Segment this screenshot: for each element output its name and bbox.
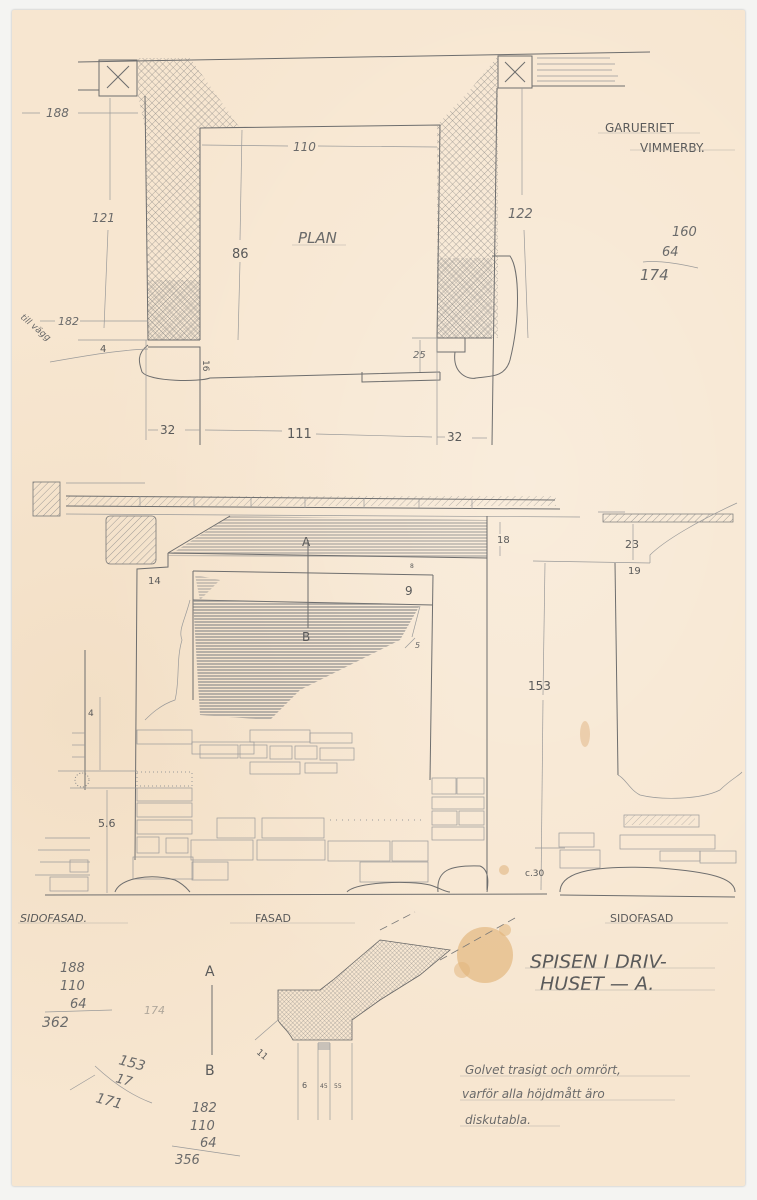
note-line-1: Golvet trasigt och omrört,	[465, 1063, 621, 1077]
drawing-title-line-2: HUSET — A.	[540, 973, 654, 995]
section-dim-11: 11	[254, 1048, 269, 1063]
calc-m-2: 110	[190, 1119, 215, 1134]
calc-a-2: 110	[60, 979, 85, 994]
dim-4-left: 4	[88, 709, 94, 719]
dim-14: 14	[148, 576, 161, 587]
section-label-a: A	[205, 964, 215, 980]
section-dim-45: 45	[320, 1083, 328, 1090]
elevation-views: A B 14 18 8 9 5	[18, 482, 742, 925]
dim-4: 4	[100, 344, 106, 355]
note-line-3: diskutabla.	[465, 1113, 531, 1127]
calc-a-3: 64	[70, 997, 87, 1012]
dim-121: 121	[92, 211, 115, 225]
note-line-2: varför alla höjdmått äro	[462, 1087, 605, 1101]
dim-8: 8	[410, 563, 414, 570]
dim-16: 16	[200, 360, 210, 372]
dim-111: 111	[287, 427, 312, 442]
calc-a-4: 362	[42, 1015, 69, 1031]
calc-stray: 174	[144, 1004, 165, 1017]
calc-m-3: 64	[200, 1136, 217, 1151]
plan-label: PLAN	[298, 229, 337, 247]
calc-m-1: 182	[192, 1101, 217, 1116]
title-line-2: VIMMERBY.	[640, 141, 705, 155]
dim-122: 122	[508, 207, 533, 222]
calc-m-4: 356	[175, 1153, 200, 1168]
dim-slope-5: 5	[415, 641, 420, 650]
dim-23: 23	[625, 538, 639, 551]
dim-86: 86	[232, 247, 249, 262]
calc-a-1: 188	[60, 961, 85, 976]
dim-18: 18	[497, 535, 510, 546]
to-wall-note: till vägg	[18, 313, 52, 344]
dim-c30: c.30	[525, 869, 545, 879]
brick-courses	[133, 730, 484, 882]
dim-153: 153	[528, 679, 551, 693]
elev-section-b: B	[302, 630, 310, 644]
section-dim-55: 55	[334, 1083, 342, 1090]
dim-5-6: 5.6	[98, 817, 116, 830]
section-dim-6: 6	[302, 1081, 307, 1090]
calc-tr-1: 160	[672, 225, 697, 240]
dim-25: 25	[413, 350, 426, 361]
drawing-title-line-1: SPISEN I DRIV-	[530, 951, 667, 973]
calc-tr-3: 174	[640, 266, 669, 284]
dim-9: 9	[405, 584, 413, 598]
title-block: GARUERIET VIMMERBY. 160 64 174	[598, 121, 735, 284]
calc-b-2: 17	[114, 1071, 135, 1090]
dim-32-left: 32	[160, 423, 175, 437]
dim-110: 110	[293, 140, 316, 154]
architectural-drawing: PLAN 188 121 110 86 122 182 till vägg 4 …	[0, 0, 757, 1200]
dim-32-right: 32	[447, 430, 462, 444]
section-label-b: B	[205, 1063, 215, 1079]
elev-section-a: A	[302, 535, 311, 549]
calc-tr-2: 64	[662, 245, 679, 260]
dim-19: 19	[628, 566, 641, 577]
dim-188: 188	[46, 106, 69, 120]
calc-b-3: 171	[94, 1090, 124, 1112]
plan-view: PLAN 188 121 110 86 122 182 till vägg 4 …	[18, 52, 650, 445]
dim-182: 182	[58, 315, 79, 328]
